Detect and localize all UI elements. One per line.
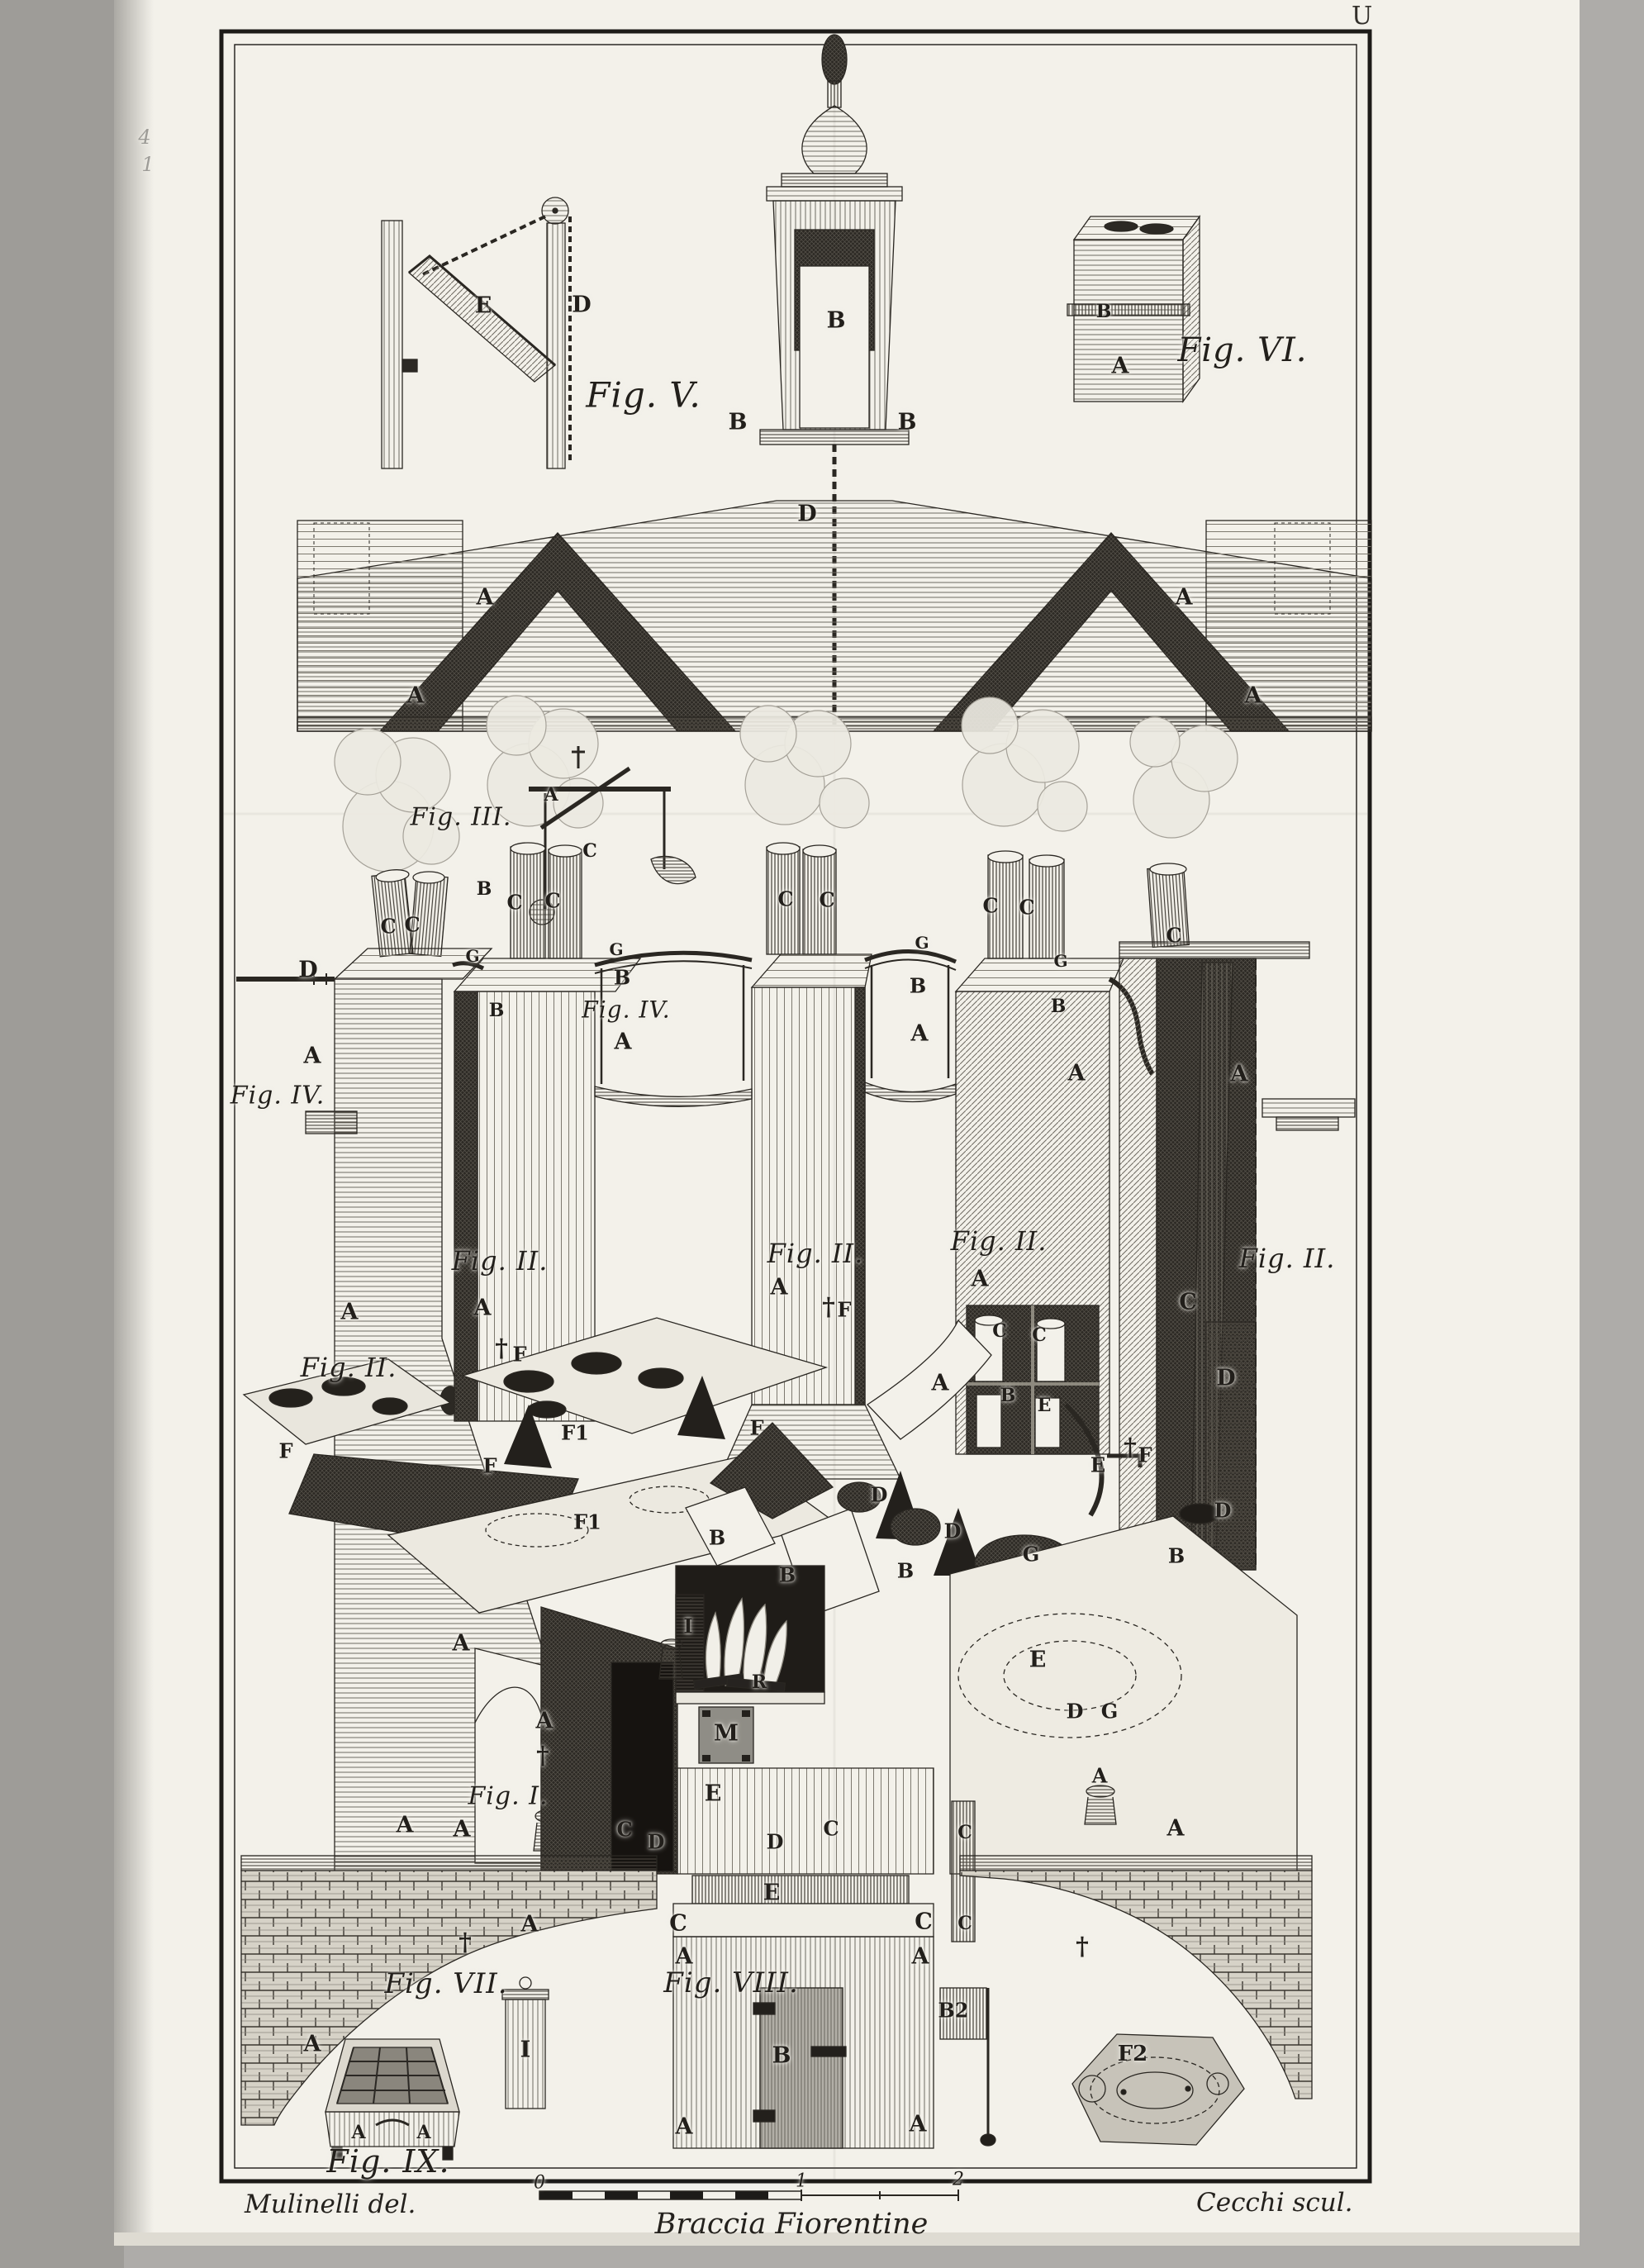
- engraver-signature: Cecchi scul.: [1196, 2188, 1353, 2218]
- draughtsman-signature: Mulinelli del.: [245, 2190, 416, 2219]
- scale-caption: Braccia Fiorentine: [655, 2208, 929, 2241]
- plate-number-mark: U: [1352, 2, 1372, 31]
- scanned-engraving-photo: Fig. V.Fig. VI.Fig. III.Fig. IV.Fig. IV.…: [0, 0, 1644, 2268]
- engraving-plate-drawing: [0, 0, 1644, 2268]
